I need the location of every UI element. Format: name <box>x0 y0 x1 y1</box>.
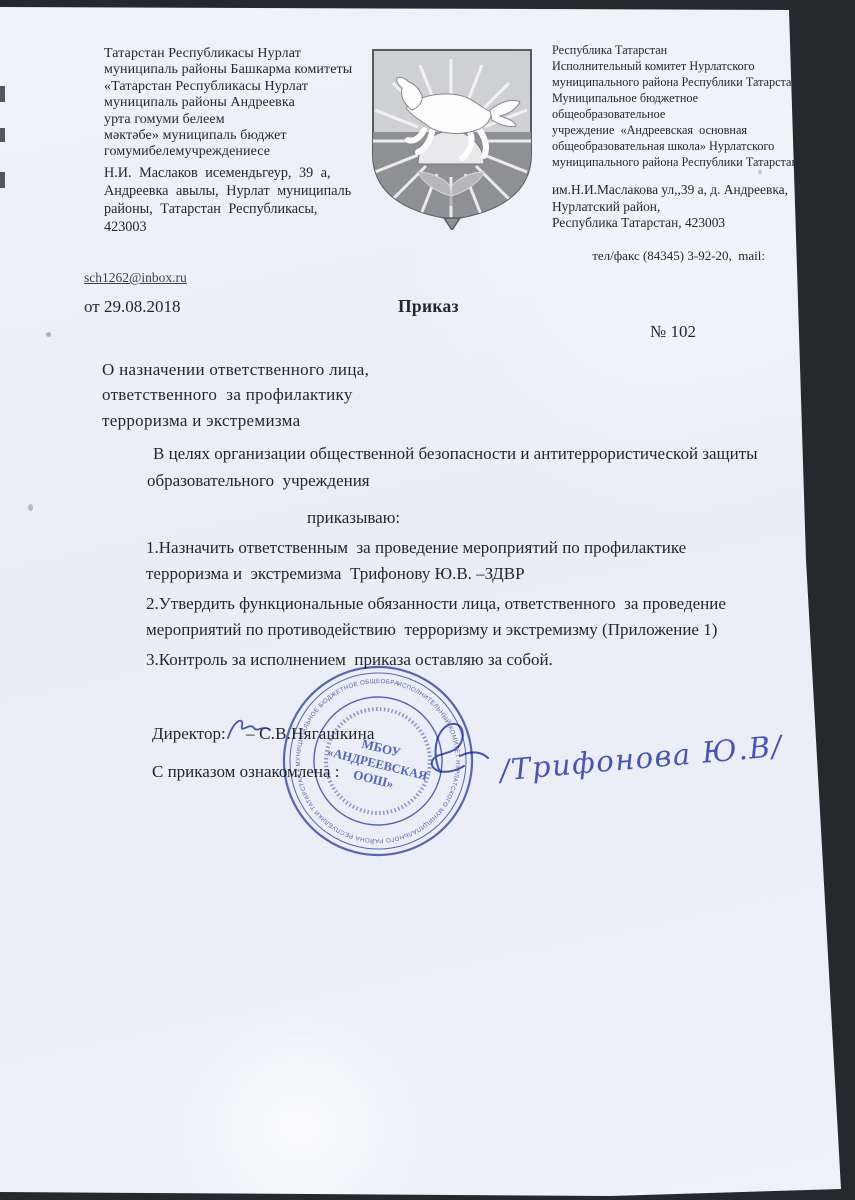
order-date: от 29.08.2018 <box>84 297 180 317</box>
letterhead-left-org: Татарстан Республикасы Нурлат муниципаль… <box>104 46 352 161</box>
scan-edge-mark <box>0 86 5 102</box>
director-label: Директор: <box>152 724 226 744</box>
scan-edge-mark <box>0 172 5 188</box>
acknowledgement-signature-ink-icon: /Трифонова Ю.В/ <box>420 706 815 811</box>
scan-edge-mark <box>0 128 5 142</box>
coat-of-arms-icon <box>366 46 538 230</box>
email-link[interactable]: sch1262@inbox.ru <box>84 270 187 286</box>
letterhead-left-address: Н.И. Маслаков исемендьгеур, 39 а, Андрее… <box>104 164 364 236</box>
shield-point <box>444 218 460 230</box>
scan-speck <box>28 504 33 511</box>
order-number: № 102 <box>650 322 696 342</box>
document-title: Приказ <box>398 296 459 317</box>
official-round-stamp-icon: ИСПОЛНИТЕЛЬНЫЙ КОМИТЕТ НУРЛАТСКОГО МУНИЦ… <box>281 664 475 858</box>
order-intro-paragraph: В целях организации общественной безопас… <box>147 441 758 494</box>
order-item-2: 2.Утвердить функциональные обязанности л… <box>146 591 726 642</box>
scan-speck <box>758 170 762 174</box>
directive-word: приказываю: <box>307 508 400 528</box>
scan-speck <box>46 332 51 337</box>
ack-signature-name: /Трифонова Ю.В/ <box>495 729 785 788</box>
letterhead-right-org: Республика Татарстан Исполнительный коми… <box>552 42 855 170</box>
letterhead-right-address: им.Н.И.Маслакова ул,,39 а, д. Андреевка,… <box>552 182 788 232</box>
order-subject: О назначении ответственного лица, ответс… <box>102 357 369 433</box>
paper-sheet: Татарстан Республикасы Нурлат муниципаль… <box>0 0 855 1200</box>
phone-fax-line: тел/факс (84345) 3-92-20, mail: <box>560 248 765 264</box>
order-item-1: 1.Назначить ответственным за проведение … <box>146 535 686 586</box>
